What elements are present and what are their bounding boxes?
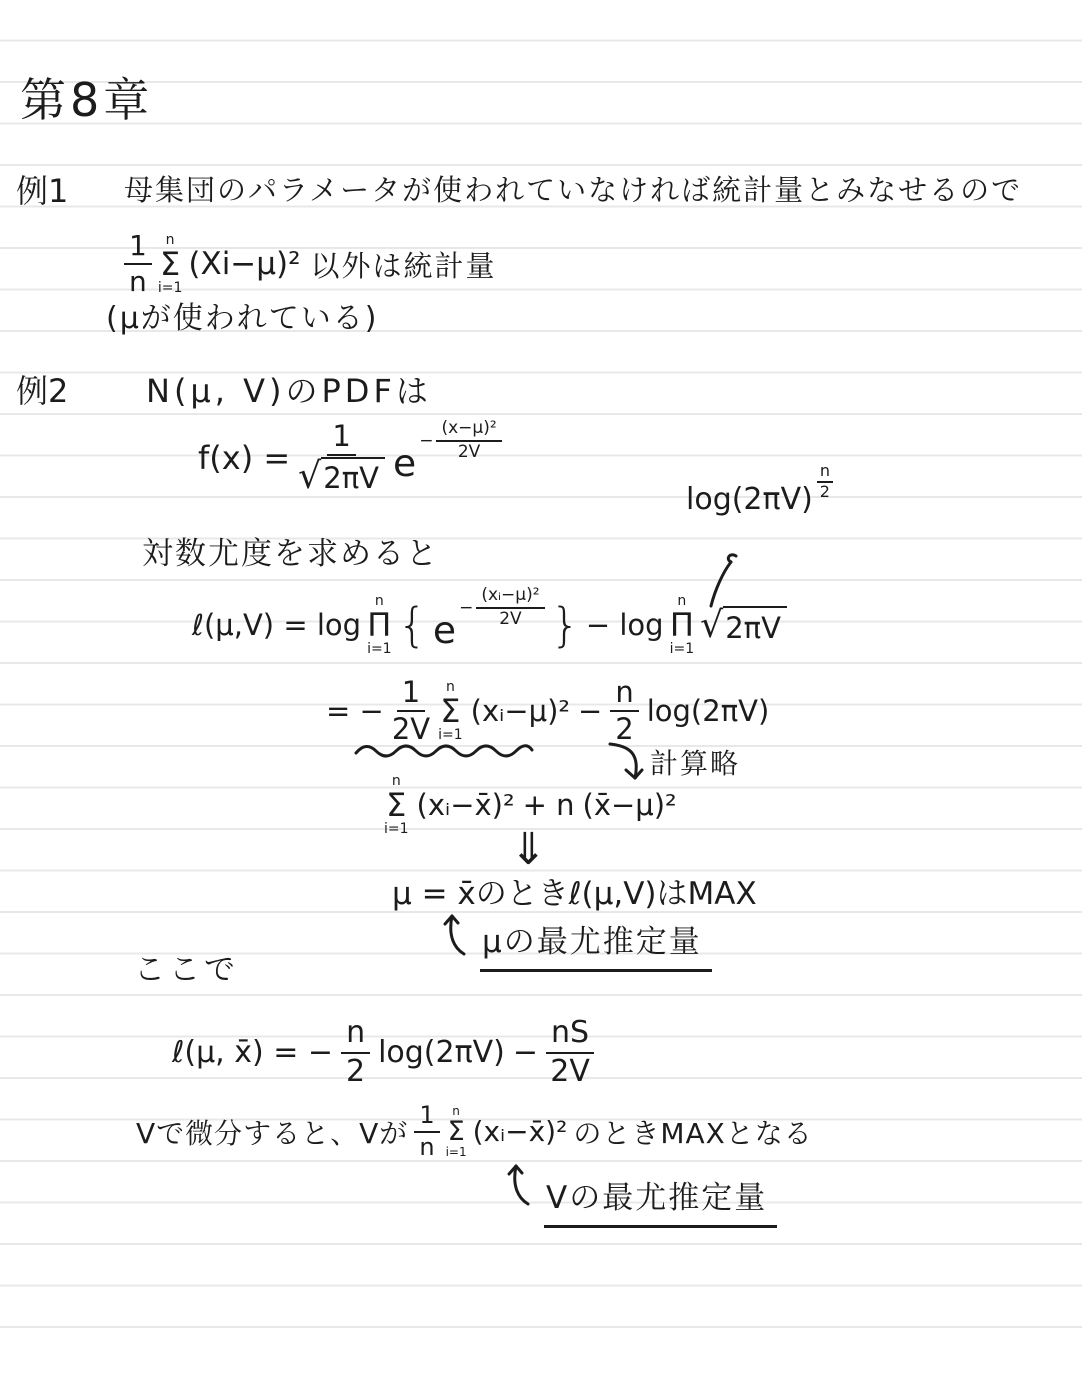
- one-over-n-fraction: 1 n: [414, 1102, 439, 1161]
- squared-deviation-term: (xᵢ−x̄)²: [473, 1115, 568, 1148]
- squared-deviation-term: (Xi−μ)²: [188, 246, 300, 282]
- minus-sign: −: [513, 1035, 538, 1070]
- pi-product-icon: Π: [670, 609, 694, 641]
- log-term: log(2πV): [378, 1035, 505, 1070]
- example2-intro: N(μ, V)のPDFは: [146, 366, 432, 412]
- hook-up-arrow-icon: [502, 1158, 536, 1206]
- eq4-lhs: ℓ(μ, x̄) = −: [172, 1035, 333, 1070]
- square-root: √ 2πV: [298, 457, 385, 495]
- summation-symbol: n Σ i=1: [438, 680, 463, 742]
- expanded-loglikelihood-equation: = − 1 2V n Σ i=1 (xᵢ−μ)² − n 2 log(2πV): [326, 676, 769, 747]
- exponent-fraction: (xᵢ−μ)² 2V: [476, 586, 544, 629]
- exponent-sign: −: [419, 431, 433, 451]
- squared-deviation-term: (xᵢ−μ)²: [471, 694, 570, 728]
- exponent-sign: −: [459, 598, 473, 618]
- prod-lower-limit: i=1: [367, 642, 392, 656]
- fraction-numerator: n: [341, 1016, 370, 1054]
- prod-lower-limit: i=1: [670, 642, 695, 656]
- fraction-denominator: 2V: [550, 1054, 590, 1090]
- log-power-annotation: log(2πV) n 2: [686, 480, 833, 518]
- euler-e: e: [433, 612, 456, 650]
- vline-post-text: のときMAXとなる: [573, 1112, 813, 1152]
- plus-n: + n: [523, 788, 575, 822]
- sum-lower-limit: i=1: [384, 822, 409, 836]
- close-brace: }: [551, 602, 580, 648]
- profile-loglikelihood-equation: ℓ(μ, x̄) = − n 2 log(2πV) − nS 2V: [172, 1016, 594, 1089]
- second-term: (x̄−μ)²: [583, 788, 677, 822]
- wavy-underline-icon: [352, 740, 537, 760]
- n-over-2-fraction: n 2: [610, 676, 638, 747]
- pi-product-icon: Π: [367, 609, 391, 641]
- radical-icon: √: [298, 458, 321, 494]
- sigma-icon: Σ: [160, 248, 180, 280]
- pdf-lhs: f(x) =: [198, 439, 290, 477]
- example1-statement: 母集団のパラメータが使われていなければ統計量とみなせるので: [124, 168, 1022, 209]
- example2-label: 例2: [16, 366, 68, 412]
- v-derivative-statement: Vで微分すると、Vが 1 n n Σ i=1 (xᵢ−x̄)² のときMAXとな…: [136, 1102, 813, 1161]
- product-symbol: n Π i=1: [367, 594, 392, 656]
- exponent: − (xᵢ−μ)² 2V: [459, 586, 545, 629]
- exponent-numerator: (x−μ)²: [436, 419, 501, 442]
- open-brace: {: [398, 602, 427, 648]
- example1-formula: 1 n n Σ i=1 (Xi−μ)² 以外は統計量: [124, 230, 497, 298]
- eq1-minus-log: − log: [586, 608, 664, 642]
- fraction-denominator: n: [419, 1133, 434, 1162]
- radicand: 2πV: [723, 606, 787, 645]
- product-symbol: n Π i=1: [670, 594, 695, 656]
- example1-label: 例1: [16, 166, 68, 212]
- eq2-lhs: = −: [326, 694, 384, 728]
- exponent: − (x−μ)² 2V: [419, 419, 501, 462]
- radicand: 2πV: [321, 457, 385, 495]
- loglik-intro: 対数尤度を求めると: [142, 528, 439, 573]
- here-label: ここで: [134, 944, 239, 989]
- exponent-denominator: 2V: [458, 442, 480, 463]
- fraction-numerator: 1: [414, 1102, 439, 1133]
- chapter-title: 第8章: [20, 64, 153, 130]
- summation-symbol: n Σ i=1: [384, 774, 409, 836]
- pdf-fraction-denominator: √ 2πV: [298, 456, 385, 495]
- v-mle-annotation: Vの最尤推定量: [544, 1172, 777, 1228]
- log-term: log(2πV): [647, 694, 770, 728]
- eq1-lhs: ℓ(μ,V) = log: [192, 608, 361, 642]
- sigma-icon: Σ: [440, 695, 460, 727]
- pdf-fraction-numerator: 1: [327, 420, 355, 456]
- euler-e: e: [393, 445, 416, 483]
- sigma-icon: Σ: [386, 789, 406, 821]
- exponential-term: e − (x−μ)² 2V: [393, 433, 502, 483]
- sum-lower-limit: i=1: [446, 1146, 467, 1158]
- mu-max-statement: μ = x̄のときℓ(μ,V)はMAX: [392, 868, 757, 913]
- summation-symbol: n Σ i=1: [158, 233, 183, 295]
- fraction-denominator: 2: [346, 1054, 365, 1090]
- exponential-term: e − (xᵢ−μ)² 2V: [433, 600, 545, 650]
- exponent-fraction: (x−μ)² 2V: [436, 419, 501, 462]
- first-term: (xᵢ−x̄)²: [417, 788, 515, 822]
- example1-note: (μが使われている): [106, 293, 379, 337]
- fraction-numerator: nS: [546, 1016, 594, 1054]
- example1-formula-tail: 以外は統計量: [311, 244, 497, 285]
- fraction-numerator: n: [610, 676, 638, 712]
- nS-over-2V-fraction: nS 2V: [546, 1016, 594, 1089]
- radical-icon: √: [700, 607, 723, 643]
- one-over-sqrt2piV-fraction: 1 √ 2πV: [298, 420, 385, 496]
- loglikelihood-equation: ℓ(μ,V) = log n Π i=1 { e − (xᵢ−μ)² 2V } …: [192, 594, 787, 656]
- vline-pre-text: Vで微分すると、Vが: [136, 1112, 408, 1152]
- n-over-2-fraction: n 2: [341, 1016, 370, 1089]
- notebook-page: 第8章 例1 母集団のパラメータが使われていなければ統計量とみなせるので 1 n…: [0, 0, 1082, 1400]
- one-over-n-fraction: 1 n: [124, 230, 152, 298]
- exponent-numerator: (xᵢ−μ)²: [476, 586, 544, 609]
- one-over-2V-fraction: 1 2V: [392, 676, 430, 747]
- mu-mle-annotation: μの最尤推定量: [480, 916, 712, 972]
- fraction-numerator: 1: [397, 676, 425, 712]
- log-annotation-body: log(2πV): [686, 482, 813, 517]
- exponent-denominator: 2V: [499, 609, 521, 630]
- sup-denominator: 2: [820, 483, 830, 501]
- summation-symbol: n Σ i=1: [446, 1105, 467, 1158]
- square-root: √ 2πV: [700, 606, 787, 645]
- hook-up-arrow-icon: [438, 908, 472, 956]
- sigma-icon: Σ: [448, 1118, 465, 1145]
- minus-sign: −: [578, 694, 602, 728]
- sup-numerator: n: [817, 462, 833, 483]
- n-over-2-exponent: n 2: [817, 462, 833, 500]
- fraction-numerator: 1: [124, 230, 152, 265]
- normal-pdf-equation: f(x) = 1 √ 2πV e − (x−μ)² 2V: [198, 420, 502, 496]
